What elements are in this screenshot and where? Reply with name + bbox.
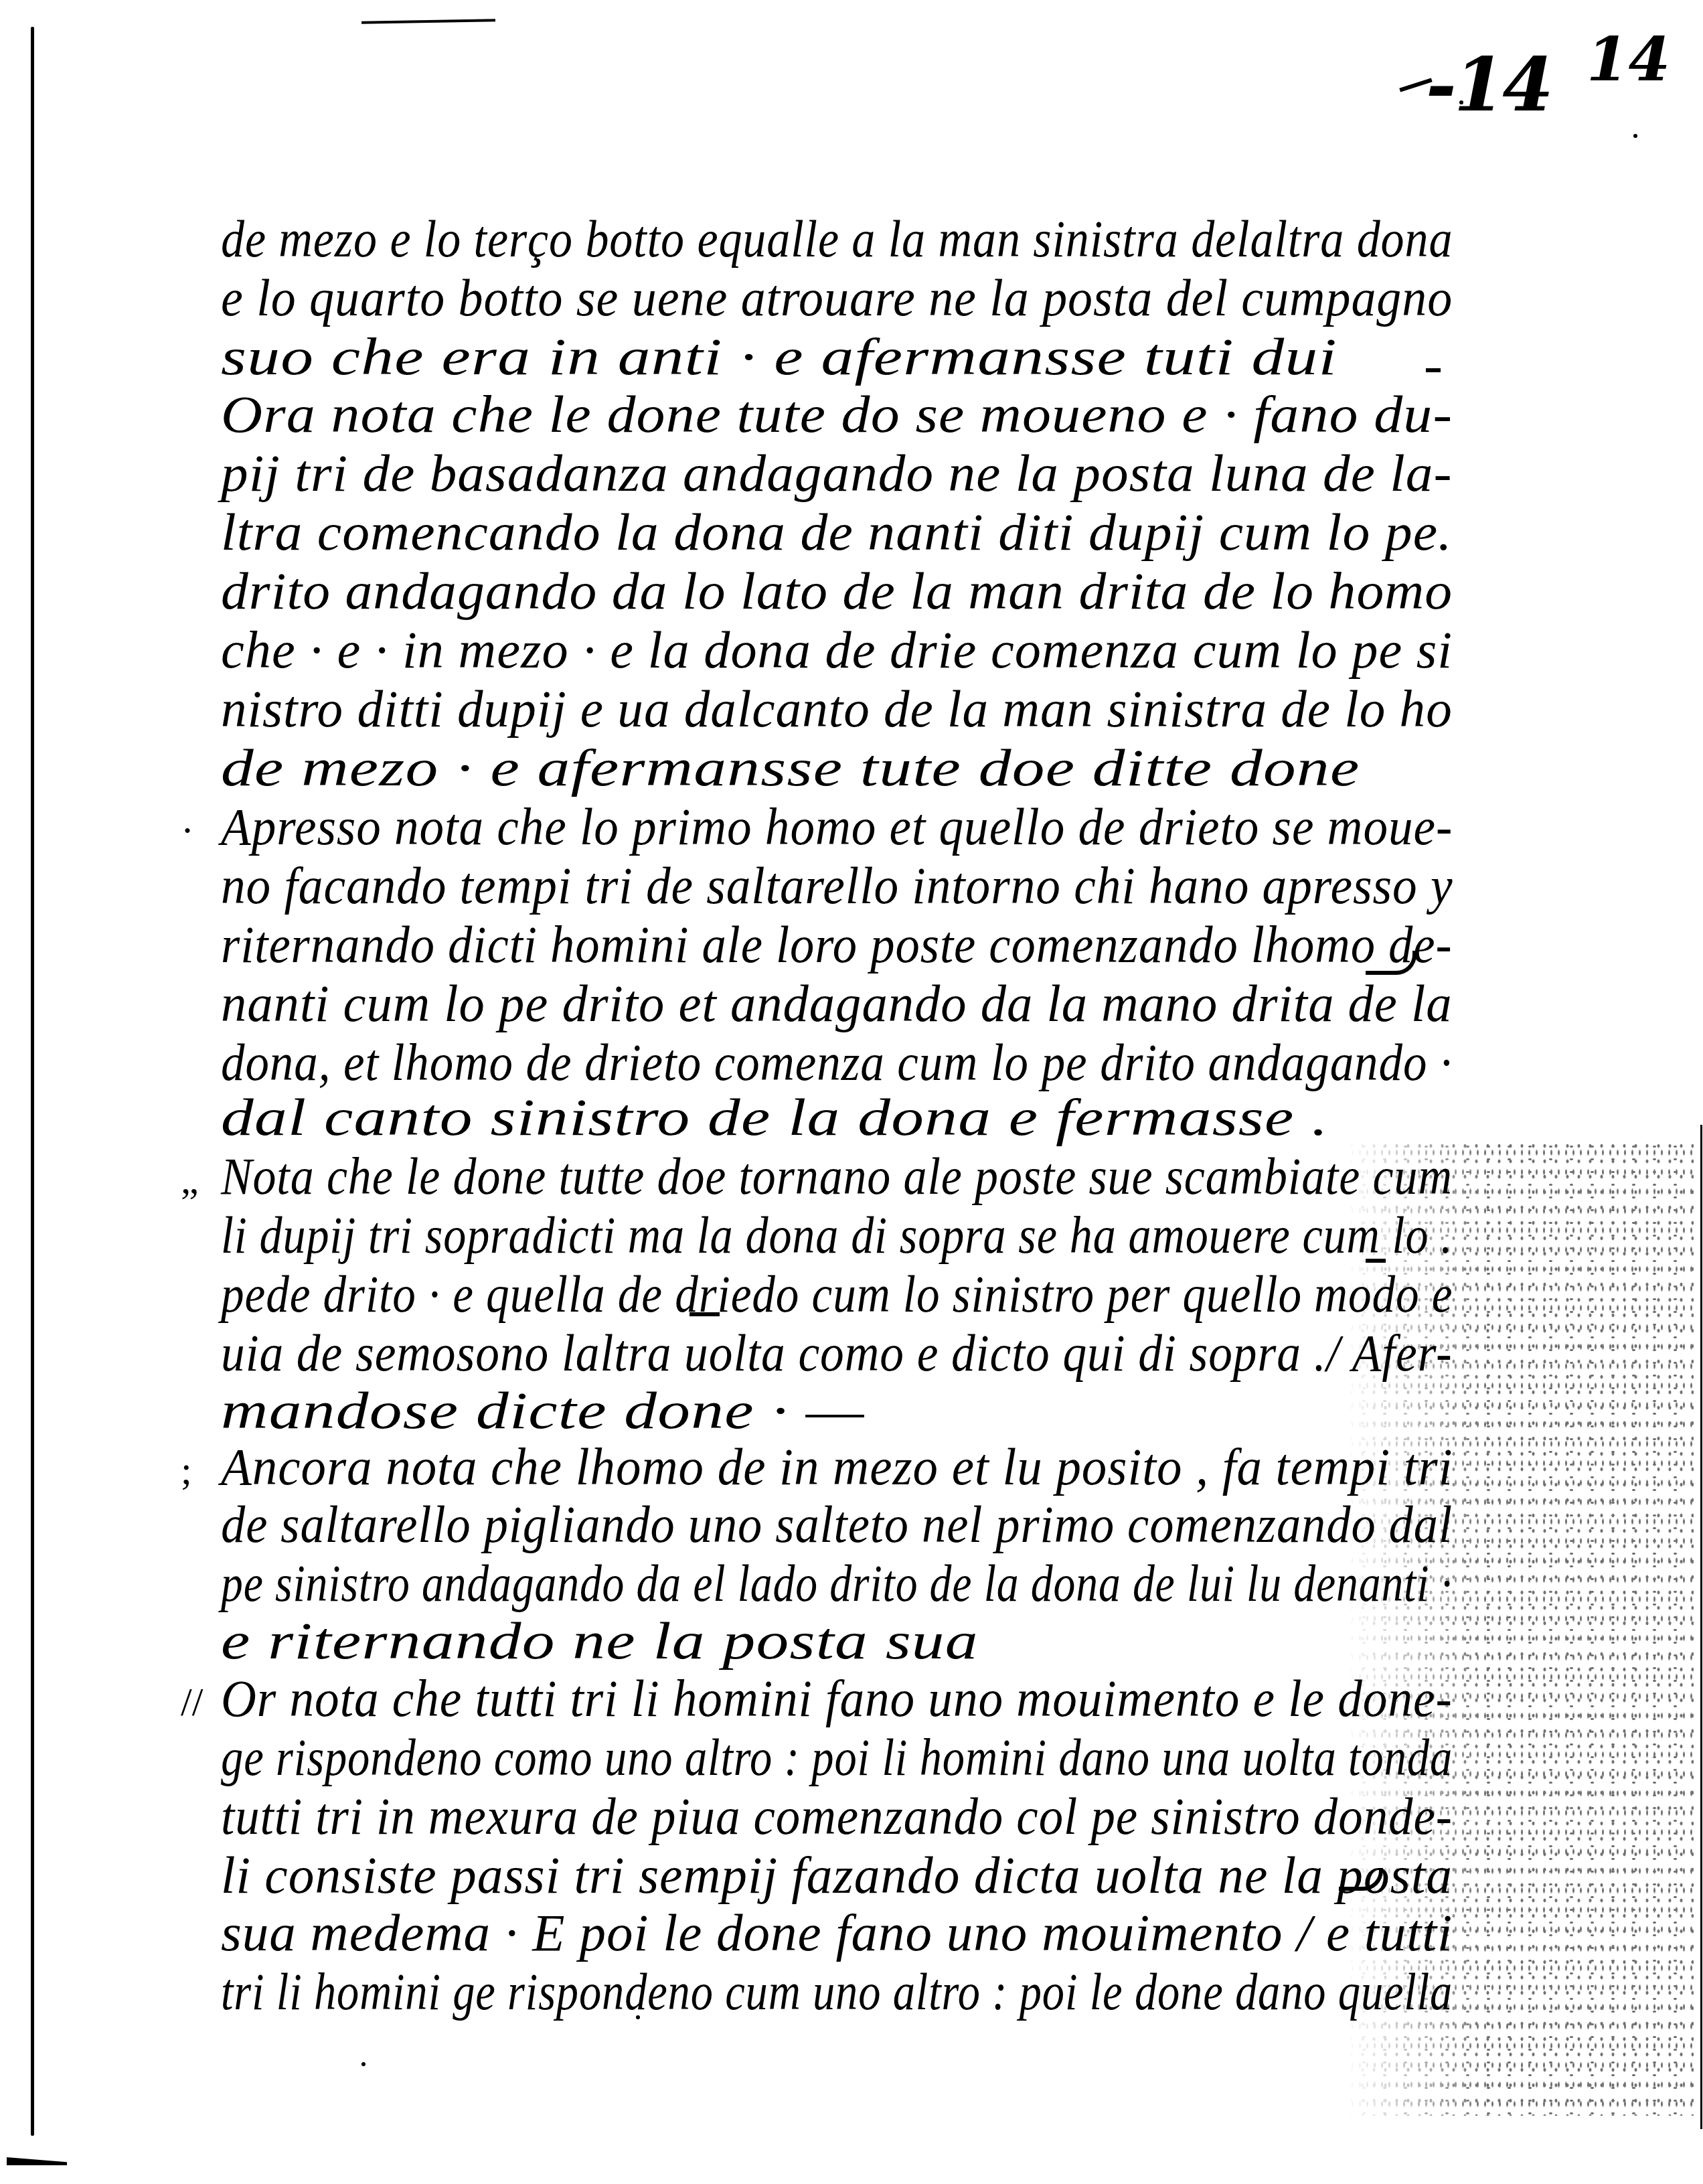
margin-paragraph-mark: · <box>181 807 194 854</box>
manuscript-line: li consiste passi tri sempij fazando dic… <box>221 1849 1453 1901</box>
manuscript-line: suo che era in anti · e afermansse tuti … <box>221 331 1337 383</box>
manuscript-line: no facando tempi tri de saltarello intor… <box>221 860 1453 912</box>
manuscript-line: pij tri de basadanza andagando ne la pos… <box>221 447 1453 499</box>
manuscript-line: pe sinistro andagando da el lado drito d… <box>221 1557 1453 1610</box>
manuscript-line: nistro ditti dupij e ua dalcanto de la m… <box>221 683 1453 735</box>
margin-paragraph-mark: ; <box>181 1448 192 1494</box>
manuscript-line: drito andagando da lo lato de la man dri… <box>221 565 1453 617</box>
manuscript-line: Ancora nota che lhomo de in mezo et lu p… <box>221 1441 1453 1493</box>
line-filler-dash <box>690 1312 720 1316</box>
manuscript-line: tutti tri in mexura de piua comenzando c… <box>221 1790 1453 1843</box>
manuscript-line: e lo quarto botto se uene atrouare ne la… <box>221 272 1453 324</box>
manuscript-line: ltra comencando la dona de nanti diti du… <box>221 506 1453 558</box>
manuscript-line: pede drito · e quella de driedo cum lo s… <box>221 1268 1453 1320</box>
margin-paragraph-mark: // <box>181 1679 203 1725</box>
ink-speck <box>1633 134 1637 138</box>
manuscript-line: de mezo e lo terço botto equalle a la ma… <box>221 213 1453 265</box>
bottom-left-mark <box>7 2157 67 2165</box>
manuscript-page: -14 14 de mezo e lo terço botto equalle … <box>0 0 1703 2184</box>
manuscript-line: Ora nota che le done tute do se moueno e… <box>221 388 1453 441</box>
manuscript-line: Apresso nota che lo primo homo et quello… <box>221 801 1453 853</box>
manuscript-line: sua medema · E poi le done fano uno moui… <box>221 1907 1453 1959</box>
manuscript-line: Nota che le done tutte doe tornano ale p… <box>221 1150 1453 1202</box>
left-margin-rule <box>31 27 34 2136</box>
manuscript-line: che · e · in mezo · e la dona de drie co… <box>221 624 1453 676</box>
manuscript-line: ge rispondeno como uno altro : poi li ho… <box>221 1731 1453 1784</box>
scan-noise-right-edge <box>1346 1138 1694 2116</box>
line-filler-dash <box>1366 1259 1386 1263</box>
folio-number-handwritten: -14 <box>1426 42 1551 128</box>
manuscript-line: riternando dicti homini ale loro poste c… <box>221 919 1453 971</box>
top-ruling-mark <box>361 19 495 23</box>
manuscript-line: de saltarello pigliando uno salteto nel … <box>221 1498 1453 1551</box>
ink-speck <box>361 2062 366 2066</box>
margin-paragraph-mark: „ <box>181 1157 199 1203</box>
manuscript-line: li dupij tri sopradicti ma la dona di so… <box>221 1209 1453 1261</box>
ink-speck <box>636 2015 640 2019</box>
manuscript-line: nanti cum lo pe drito et andagando da la… <box>221 978 1453 1030</box>
page-edge-line <box>1700 1125 1702 2129</box>
manuscript-line: uia de semosono laltra uolta como e dict… <box>221 1327 1453 1379</box>
manuscript-line: mandose dicte done · — <box>221 1385 865 1437</box>
ink-speck <box>1459 100 1463 104</box>
manuscript-line: tri li homini ge rispondeno cum uno altr… <box>221 1966 1453 2018</box>
manuscript-line: e riternando ne la posta sua <box>221 1615 979 1667</box>
manuscript-line: dona, et lhomo de drieto comenza cum lo … <box>221 1036 1453 1089</box>
folio-number-stamped: 14 <box>1587 24 1670 95</box>
manuscript-line: de mezo · e afermansse tute doe ditte do… <box>221 742 1360 794</box>
manuscript-line: Or nota che tutti tri li homini fano uno… <box>221 1672 1453 1725</box>
line-filler-dash <box>1426 368 1441 372</box>
manuscript-line: dal canto sinistro de la dona e fermasse… <box>221 1091 1329 1144</box>
